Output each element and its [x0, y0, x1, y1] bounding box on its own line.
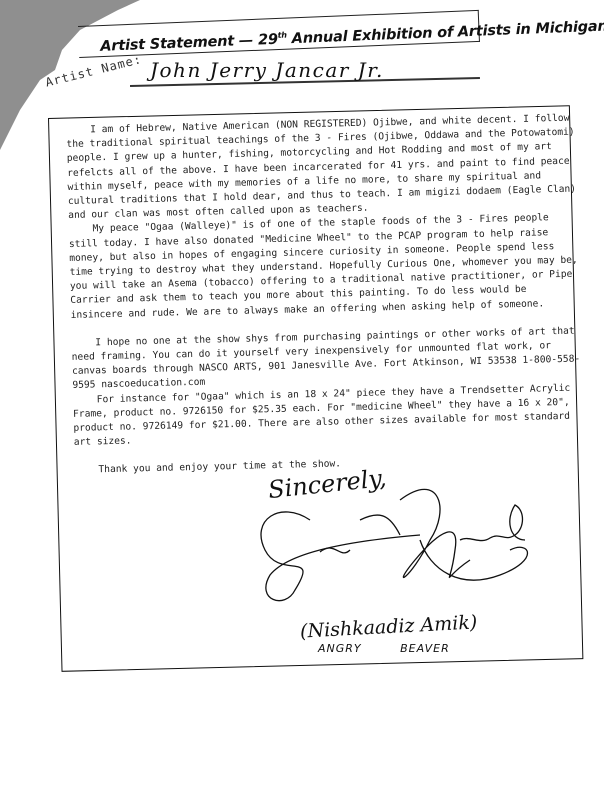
- artist-name-value: John Jerry Jancar Jr.: [150, 58, 384, 82]
- statement-paragraph: For instance for "Ogaa" which is an 18 x…: [73, 381, 584, 450]
- signature-scrawl-icon: [240, 480, 560, 620]
- document-page: Artist Statement — 29th Annual Exhibitio…: [0, 0, 604, 800]
- statement-body: I am of Hebrew, Native American (NON REG…: [66, 112, 585, 479]
- statement-paragraph: My peace "Ogaa (Walleye)" is of one of t…: [68, 211, 580, 323]
- signature-translation: ANGRY BEAVER: [318, 642, 450, 655]
- statement-paragraph: I am of Hebrew, Native American (NON REG…: [66, 112, 578, 224]
- artist-name-label: Artist Name:: [44, 52, 143, 89]
